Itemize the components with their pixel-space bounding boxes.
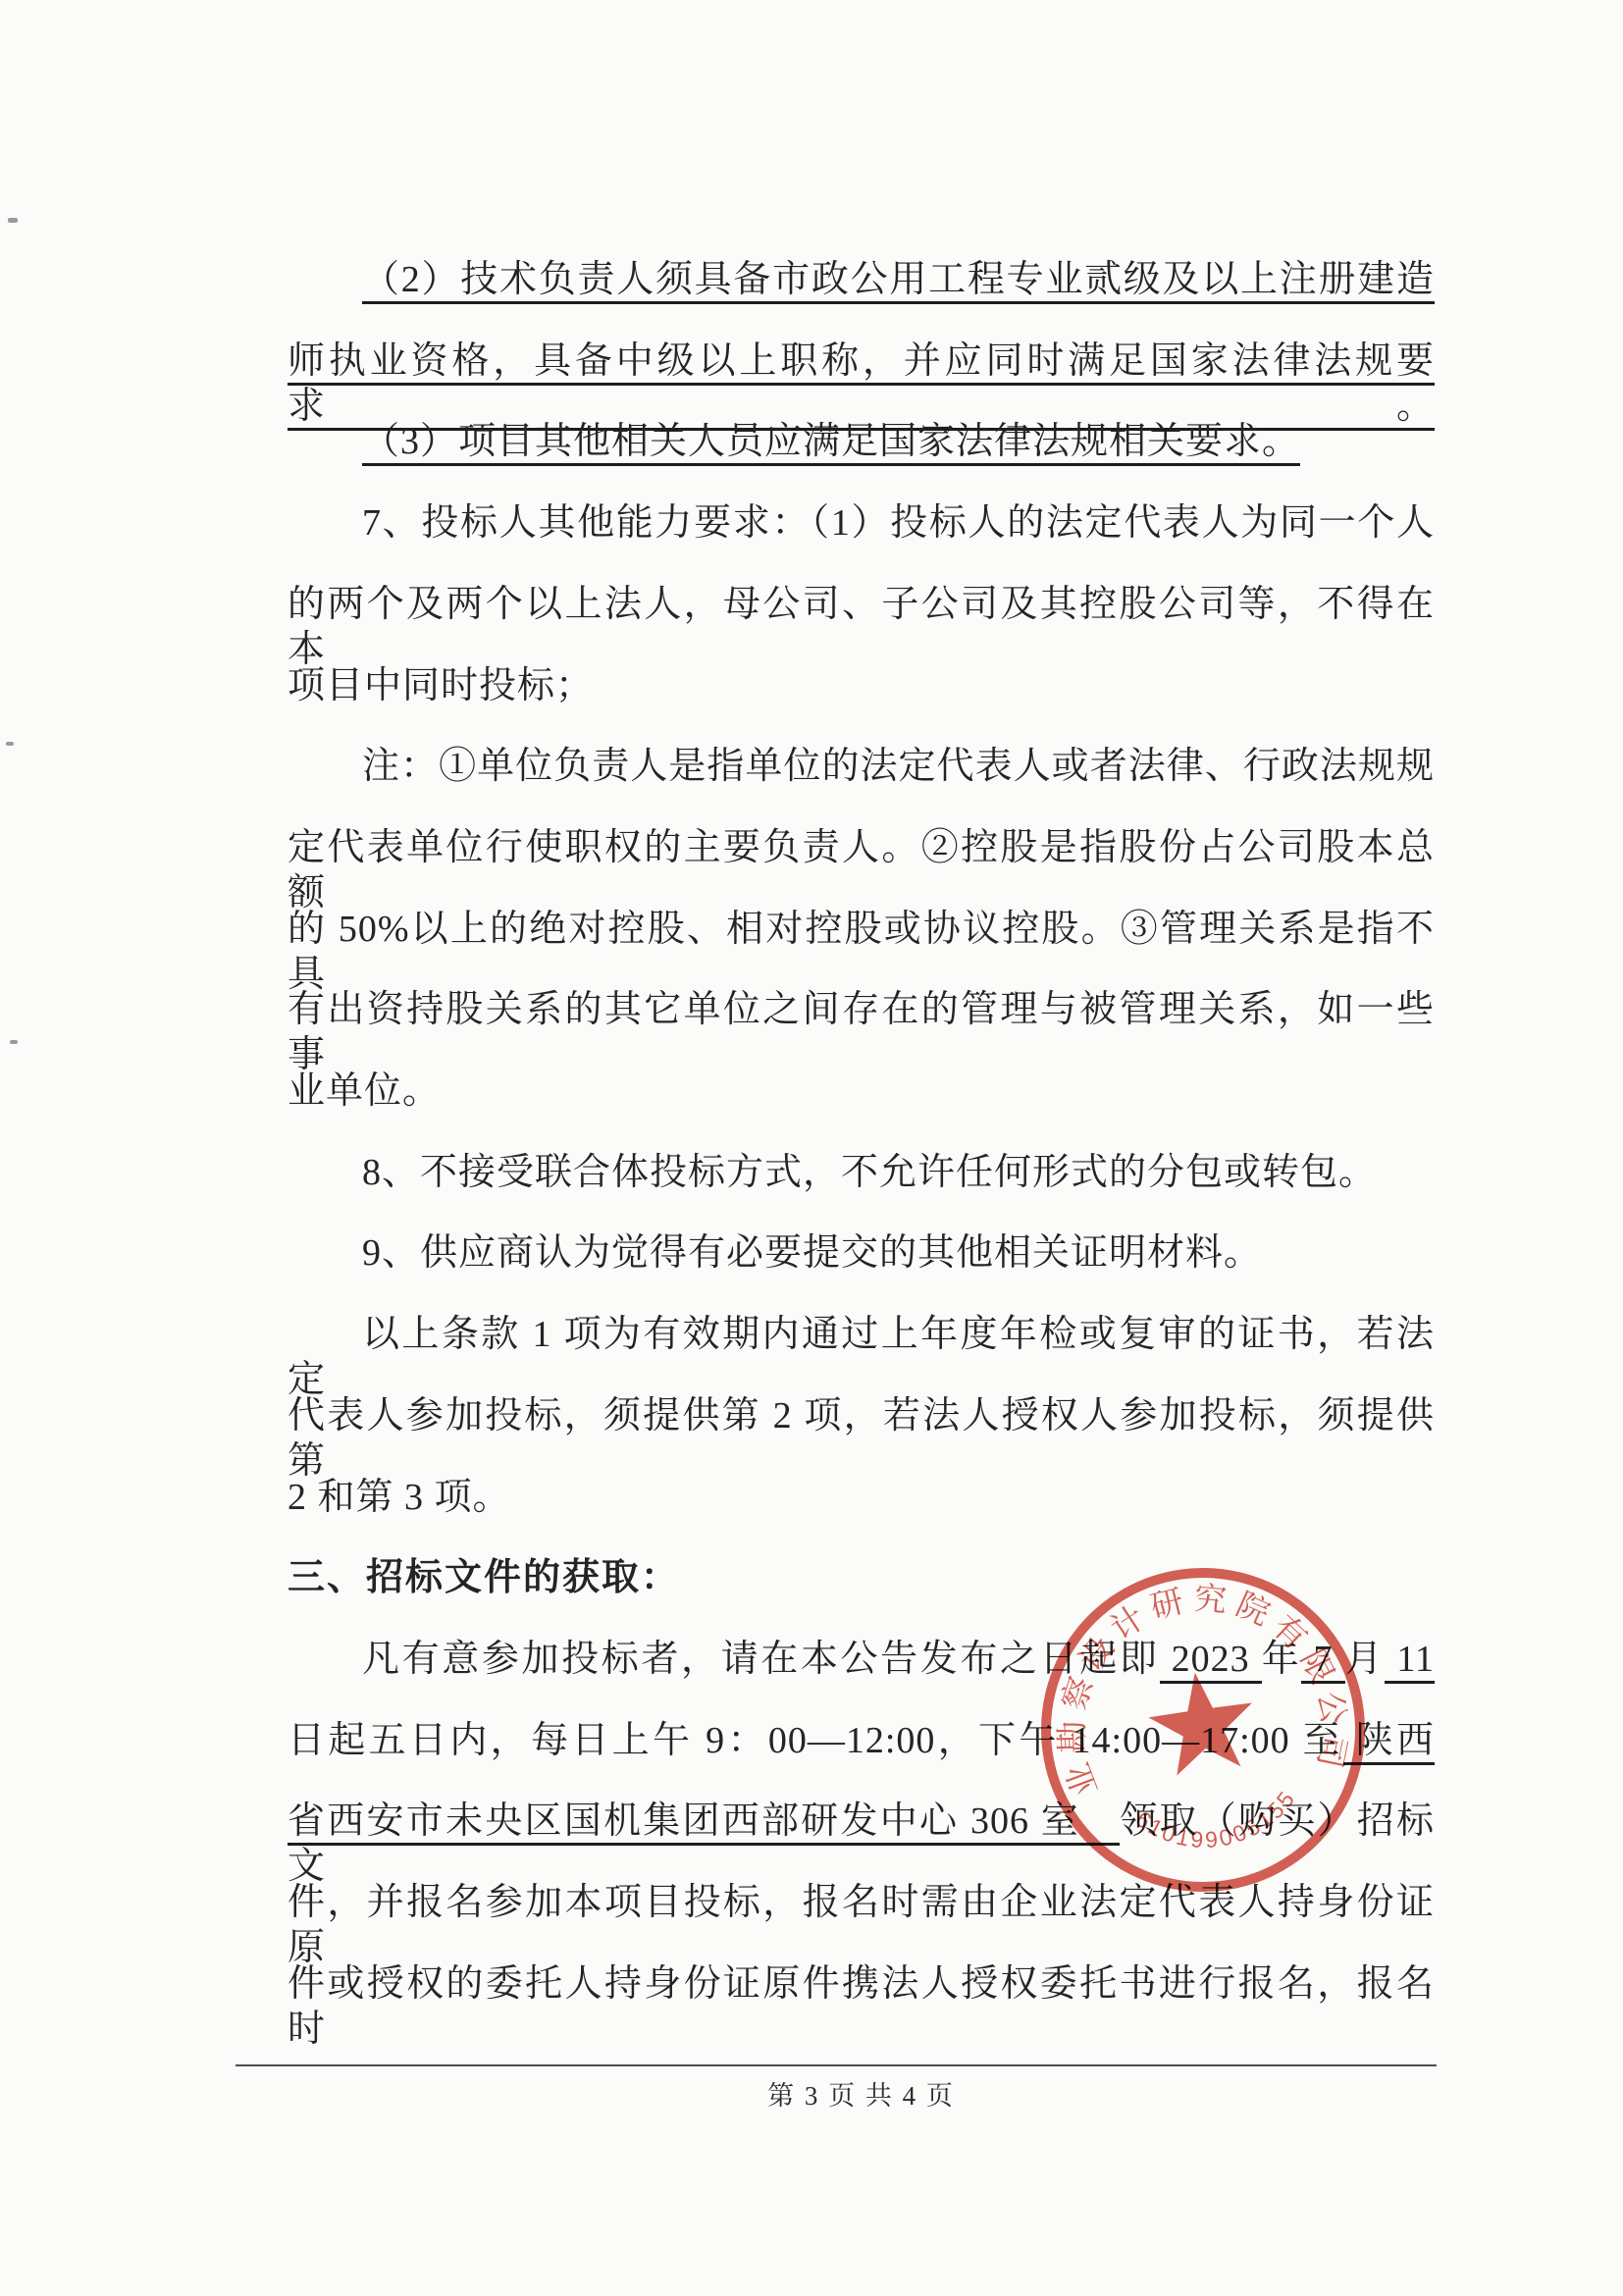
page-number-label: 第 3 页 共 4 页 bbox=[288, 2074, 1435, 2113]
text-line: 定代表单位行使职权的主要负责人。②控股是指股份占公司股本总额 bbox=[288, 825, 1435, 874]
underlined-text: （2）技术负责人须具备市政公用工程专业贰级及以上注册建造 bbox=[362, 259, 1435, 304]
scan-artifact bbox=[8, 218, 18, 223]
text-line: 的两个及两个以上法人，母公司、子公司及其控股公司等，不得在本 bbox=[288, 582, 1435, 631]
text-line: 的 50%以上的绝对控股、相对控股或协议控股。③管理关系是指不具 bbox=[288, 907, 1435, 956]
underlined-text: （3）项目其他相关人员应满足国家法律法规相关要求。 bbox=[362, 421, 1300, 466]
scan-artifact bbox=[10, 1040, 18, 1044]
document-page: （2）技术负责人须具备市政公用工程专业贰级及以上注册建造师执业资格，具备中级以上… bbox=[0, 0, 1623, 2296]
text-segment: 的 50%以上的绝对控股、相对控股或协议控股。③管理关系是指不具 bbox=[288, 909, 1435, 995]
text-line: 2 和第 3 项。 bbox=[288, 1475, 1435, 1524]
text-line: （2）技术负责人须具备市政公用工程专业贰级及以上注册建造 bbox=[288, 257, 1435, 306]
text-line: 7、投标人其他能力要求：（1）投标人的法定代表人为同一个人 bbox=[288, 500, 1435, 549]
underlined-text: 省西安市未央区国机集团西部研发中心 306 室 bbox=[288, 1800, 1120, 1846]
text-segment: 项目中同时投标； bbox=[288, 665, 594, 706]
text-segment: 有出资持股关系的其它单位之间存在的管理与被管理关系，如一些事 bbox=[288, 989, 1435, 1075]
text-segment: 注：①单位负责人是指单位的法定代表人或者法律、行政法规规 bbox=[362, 746, 1435, 787]
text-line: 师执业资格，具备中级以上职称，并应同时满足国家法律法规要求。 bbox=[288, 339, 1435, 388]
text-line: 项目中同时投标； bbox=[288, 663, 1435, 712]
text-segment: 以上条款 1 项为有效期内通过上年度年检或复审的证书，若法定 bbox=[288, 1314, 1435, 1400]
footer-divider bbox=[236, 2064, 1437, 2066]
text-segment: 9、供应商认为觉得有必要提交的其他相关证明材料。 bbox=[362, 1232, 1262, 1274]
text-line: 注：①单位负责人是指单位的法定代表人或者法律、行政法规规 bbox=[288, 744, 1435, 793]
text-segment: 7、投标人其他能力要求：（1）投标人的法定代表人为同一个人 bbox=[362, 502, 1435, 544]
text-segment: 定代表单位行使职权的主要负责人。②控股是指股份占公司股本总额 bbox=[288, 827, 1435, 913]
text-line: 代表人参加投标，须提供第 2 项，若法人授权人参加投标，须提供第 bbox=[288, 1393, 1435, 1442]
underlined-text: 11 bbox=[1385, 1639, 1435, 1684]
text-segment: 代表人参加投标，须提供第 2 项，若法人授权人参加投标，须提供第 bbox=[288, 1395, 1435, 1482]
underlined-text: 师执业资格，具备中级以上职称，并应同时满足国家法律法规要求。 bbox=[288, 340, 1435, 431]
seal-star-icon bbox=[1143, 1665, 1261, 1778]
text-line: 有出资持股关系的其它单位之间存在的管理与被管理关系，如一些事 bbox=[288, 987, 1435, 1036]
text-segment: 8、不接受联合体投标方式，不允许任何形式的分包或转包。 bbox=[362, 1152, 1377, 1193]
text-segment: 三、招标文件的获取： bbox=[288, 1557, 680, 1598]
text-line: 8、不接受联合体投标方式，不允许任何形式的分包或转包。 bbox=[288, 1150, 1435, 1199]
text-line: （3）项目其他相关人员应满足国家法律法规相关要求。 bbox=[288, 419, 1435, 468]
scan-artifact bbox=[6, 742, 14, 746]
text-segment: 的两个及两个以上法人，母公司、子公司及其控股公司等，不得在本 bbox=[288, 584, 1435, 670]
text-line: 业单位。 bbox=[288, 1069, 1435, 1118]
text-line: 9、供应商认为觉得有必要提交的其他相关证明材料。 bbox=[288, 1230, 1435, 1279]
text-segment: 件或授权的委托人持身份证原件携法人授权委托书进行报名，报名时 bbox=[288, 1963, 1435, 2050]
text-segment: 2 和第 3 项。 bbox=[288, 1477, 511, 1518]
text-line: 件或授权的委托人持身份证原件携法人授权委托书进行报名，报名时 bbox=[288, 1961, 1435, 2010]
company-seal-stamp: 业勘察设计研究院有限公司 6101990051551 bbox=[1004, 1531, 1403, 1930]
text-line: 以上条款 1 项为有效期内通过上年度年检或复审的证书，若法定 bbox=[288, 1312, 1435, 1361]
text-segment: 业单位。 bbox=[288, 1070, 441, 1112]
